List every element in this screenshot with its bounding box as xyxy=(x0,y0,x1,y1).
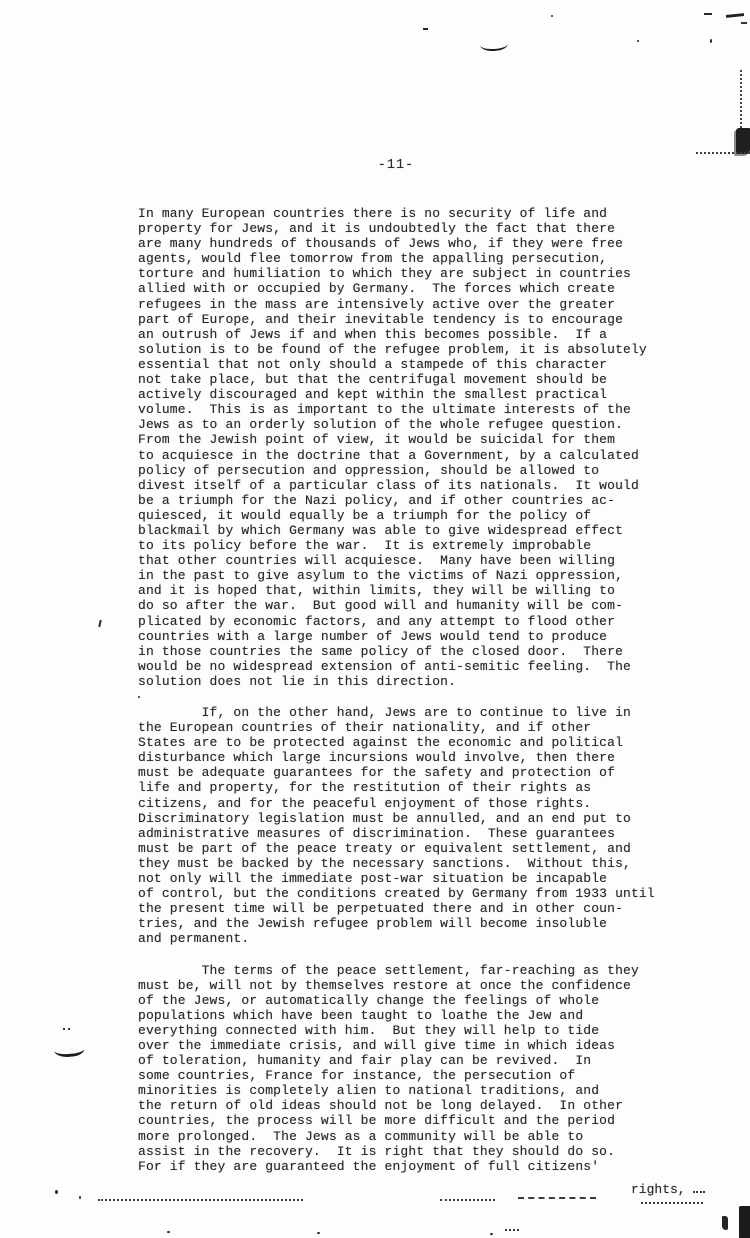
scan-speck xyxy=(637,40,639,42)
left-margin-tick xyxy=(98,620,101,627)
text-line: an outrush of Jews if and when this beco… xyxy=(138,327,678,342)
text-line: must be adequate guarantees for the safe… xyxy=(138,765,678,780)
scan-speck xyxy=(317,1232,320,1234)
catchword: rights, xyxy=(631,1182,686,1197)
text-line: the return of old ideas should not be lo… xyxy=(138,1098,678,1113)
text-line: populations which have been taught to lo… xyxy=(138,1008,678,1023)
left-margin-pen-mark xyxy=(53,1040,85,1059)
text-line: States are to be protected against the e… xyxy=(138,735,678,750)
text-line: countries with a large number of Jews wo… xyxy=(138,629,678,644)
text-line: would be no widespread extension of anti… xyxy=(138,659,678,674)
text-line: solution is to be found of the refugee p… xyxy=(138,342,678,357)
text-line: administrative measures of discriminatio… xyxy=(138,826,678,841)
text-line: For if they are guaranteed the enjoyment… xyxy=(138,1159,678,1174)
text-line: and permanent. xyxy=(138,931,678,946)
paragraph: If, on the other hand, Jews are to conti… xyxy=(138,705,678,947)
text-line: in those countries the same policy of th… xyxy=(138,644,678,659)
text-line: over the immediate crisis, and will give… xyxy=(138,1038,678,1053)
text-line: assist in the recovery. It is right that… xyxy=(138,1144,678,1159)
text-line: more prolonged. The Jews as a community … xyxy=(138,1129,678,1144)
scan-speck xyxy=(741,22,747,24)
text-line: and it is hoped that, within limits, the… xyxy=(138,583,678,598)
text-line: the European countries of their national… xyxy=(138,720,678,735)
text-line: minorities is completely alien to nation… xyxy=(138,1083,678,1098)
text-line: they must be backed by the necessary san… xyxy=(138,856,678,871)
pen-curve-mark xyxy=(480,37,509,51)
text-line: volume. This is as important to the ulti… xyxy=(138,402,678,417)
text-line: allied with or occupied by Germany. The … xyxy=(138,281,678,296)
text-line: If, on the other hand, Jews are to conti… xyxy=(138,705,678,720)
scan-speck xyxy=(55,1190,58,1194)
text-line: the present time will be perpetuated the… xyxy=(138,901,678,916)
bottom-dotted-line xyxy=(641,1202,703,1204)
document-body: In many European countries there is no s… xyxy=(138,206,678,1190)
text-line: to acquiesce in the doctrine that a Gove… xyxy=(138,448,678,463)
text-line: torture and humiliation to which they ar… xyxy=(138,266,678,281)
right-edge-speckles xyxy=(740,70,742,132)
text-line: life and property, for the restitution o… xyxy=(138,780,678,795)
paragraph: In many European countries there is no s… xyxy=(138,206,678,689)
scan-speck xyxy=(551,15,553,17)
text-line: not take place, but that the centrifugal… xyxy=(138,372,678,387)
text-line: tries, and the Jewish refugee problem wi… xyxy=(138,916,678,931)
text-line: refugees in the mass are intensively act… xyxy=(138,297,678,312)
text-line: of control, but the conditions created b… xyxy=(138,886,678,901)
text-line: Jews as to an orderly solution of the wh… xyxy=(138,417,678,432)
scan-speck xyxy=(710,39,712,43)
text-line: essential that not only should a stamped… xyxy=(138,357,678,372)
text-line: disturbance which large incursions would… xyxy=(138,750,678,765)
text-line: be a triumph for the Nazi policy, and if… xyxy=(138,493,678,508)
right-edge-smudge xyxy=(736,128,750,154)
text-line: quiesced, it would equally be a triumph … xyxy=(138,508,678,523)
text-line: everything connected with him. But they … xyxy=(138,1023,678,1038)
text-line: part of Europe, and their inevitable ten… xyxy=(138,312,678,327)
bottom-right-corner-smudge xyxy=(739,1206,750,1238)
bottom-dotted-line xyxy=(693,1191,705,1193)
text-line: solution does not lie in this direction. xyxy=(138,674,678,689)
text-line: of the Jews, or automatically change the… xyxy=(138,993,678,1008)
paragraph: The terms of the peace settlement, far-r… xyxy=(138,963,678,1174)
bottom-right-corner-smudge xyxy=(722,1216,728,1230)
scan-speck xyxy=(490,1233,493,1235)
text-line: property for Jews, and it is undoubtedly… xyxy=(138,221,678,236)
text-line: In many European countries there is no s… xyxy=(138,206,678,221)
page-number: -11- xyxy=(356,158,436,173)
scan-speck xyxy=(79,1196,81,1199)
text-line: that other countries will acquiesce. Man… xyxy=(138,553,678,568)
bottom-dotted-line xyxy=(440,1199,495,1201)
text-line: citizens, and for the peaceful enjoyment… xyxy=(138,796,678,811)
text-line: of toleration, humanity and fair play ca… xyxy=(138,1053,678,1068)
text-line: to its policy before the war. It is extr… xyxy=(138,538,678,553)
bottom-dotted-line xyxy=(98,1199,303,1201)
text-line: blackmail by which Germany was able to g… xyxy=(138,523,678,538)
text-line: not only will the immediate post-war sit… xyxy=(138,871,678,886)
scan-speck xyxy=(726,13,744,18)
scan-speck xyxy=(138,696,140,698)
scan-speck xyxy=(505,1229,519,1233)
text-line: countries, the process will be more diff… xyxy=(138,1113,678,1128)
text-line: From the Jewish point of view, it would … xyxy=(138,432,678,447)
scan-speck xyxy=(167,1231,170,1233)
text-line: The terms of the peace settlement, far-r… xyxy=(138,963,678,978)
scan-speck xyxy=(704,13,712,15)
text-line: must be part of the peace treaty or equi… xyxy=(138,841,678,856)
text-line: Discriminatory legislation must be annul… xyxy=(138,811,678,826)
text-line: actively discouraged and kept within the… xyxy=(138,387,678,402)
bottom-dotted-line xyxy=(518,1197,596,1199)
text-line: divest itself of a particular class of i… xyxy=(138,478,678,493)
scan-speck xyxy=(63,1028,70,1032)
text-line: agents, would flee tomorrow from the app… xyxy=(138,251,678,266)
scanned-document-page: -11- In many European countries there is… xyxy=(0,0,750,1238)
text-line: policy of persecution and oppression, sh… xyxy=(138,463,678,478)
text-line: must be, will not by themselves restore … xyxy=(138,978,678,993)
text-line: plicated by economic factors, and any at… xyxy=(138,614,678,629)
text-line: some countries, France for instance, the… xyxy=(138,1068,678,1083)
text-line: are many hundreds of thousands of Jews w… xyxy=(138,236,678,251)
scan-speck xyxy=(423,28,428,30)
text-line: in the past to give asylum to the victim… xyxy=(138,568,678,583)
right-edge-dashes xyxy=(696,152,750,154)
text-line: do so after the war. But good will and h… xyxy=(138,598,678,613)
